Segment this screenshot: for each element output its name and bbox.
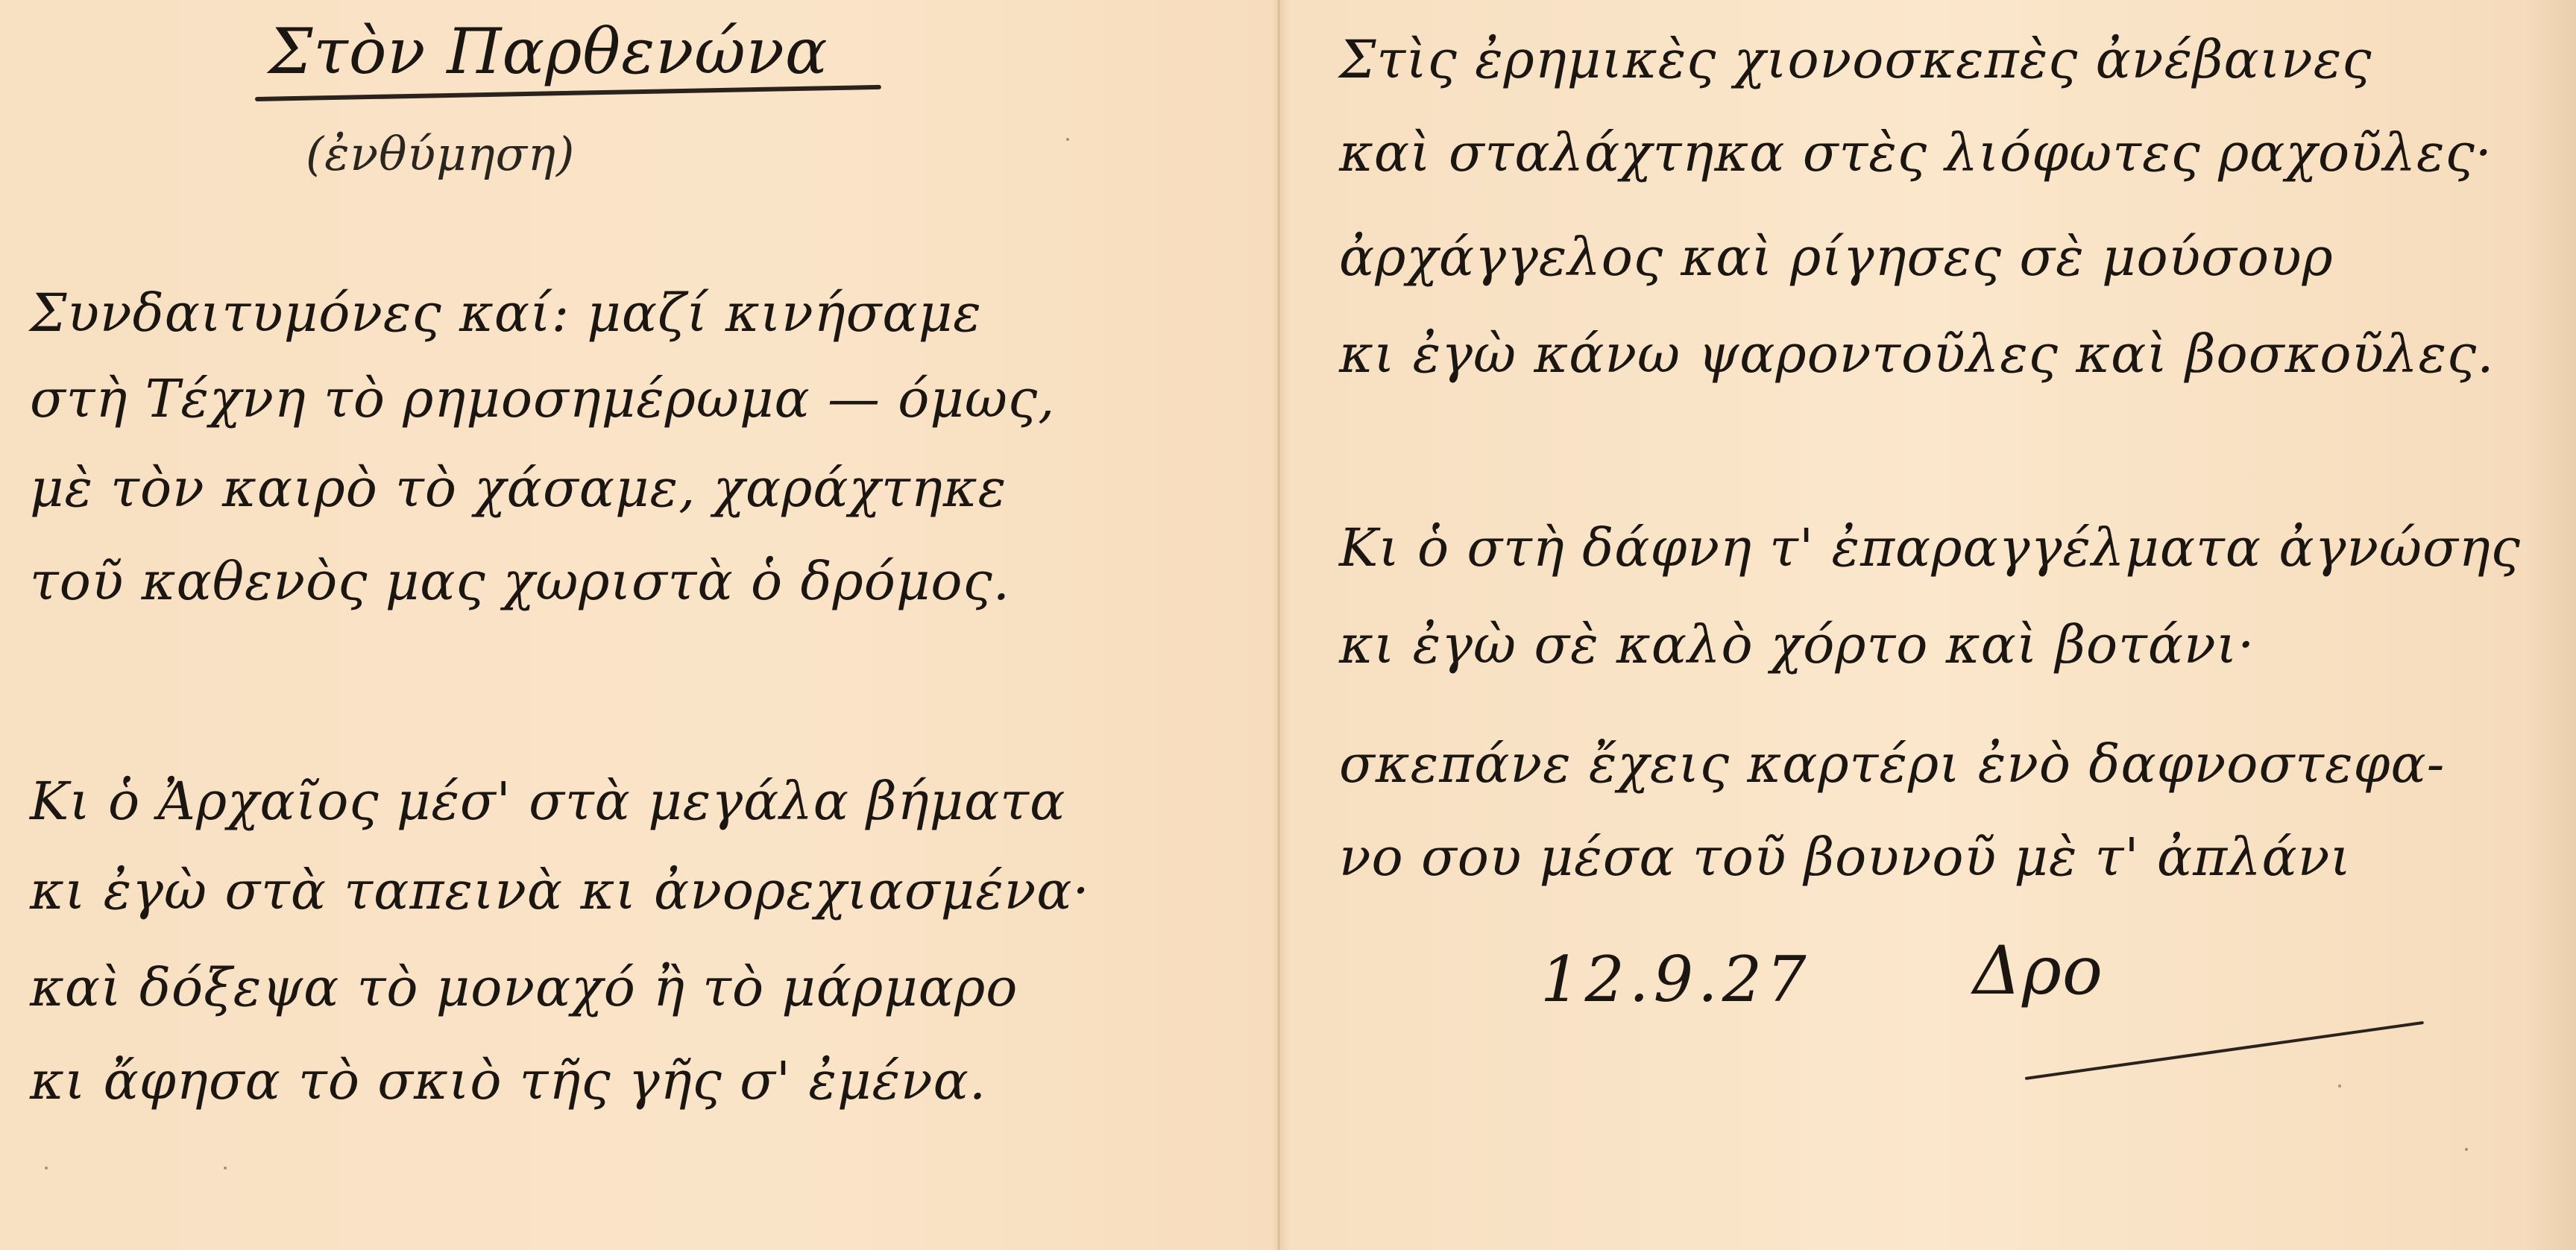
manuscript-spread: Στὸν Παρθενώνα (ἐνθύμηση) Συνδαιτυμόνες … [0, 0, 2576, 1250]
stanza-2-line-2: κι ἐγὼ στὰ ταπεινὰ κι ἀνορεχιασμένα· [30, 865, 1090, 917]
poem-date: 12.9.27 [1540, 943, 1811, 1016]
stanza-4-line-2: κι ἐγὼ σὲ καλὸ χόρτο καὶ βοτάνι· [1339, 619, 2255, 671]
right-page: Στὶς ἐρημικὲς χιονοσκεπὲς ἀνέβαινες καὶ … [1279, 0, 2576, 1250]
author-signature: Δρο [1973, 932, 2103, 1010]
signature-underline [2025, 1021, 2424, 1080]
stanza-1-line-1: Συνδαιτυμόνες καί: μαζί κινήσαμε [30, 287, 982, 339]
stanza-2-line-3: καὶ δόξεψα τὸ μοναχό ἢ τὸ μάρμαρο [30, 962, 1018, 1014]
stanza-2-line-1: Κι ὁ Ἀρχαῖος μέσ' στὰ μεγάλα βήματα [30, 775, 1065, 827]
poem-title: Στὸν Παρθενώνα [268, 15, 828, 88]
stanza-4-line-1: Κι ὁ στὴ δάφνη τ' ἐπαραγγέλματα ἀγνώσης [1339, 522, 2521, 574]
paper-speck [2338, 1085, 2341, 1088]
poem-subtitle: (ἐνθύμηση) [306, 127, 575, 181]
stanza-3-line-3: ἀρχάγγελος καὶ ρίγησες σὲ μούσουρ [1339, 231, 2334, 283]
stanza-4-line-4: νο σου μέσα τοῦ βουνοῦ μὲ τ' ἀπλάνι [1339, 831, 2352, 883]
stanza-1-line-4: τοῦ καθενὸς μας χωριστὰ ὁ δρόμος. [30, 555, 1010, 607]
stanza-1-line-2: στὴ Τέχνη τὸ ρημοσημέρωμα — όμως, [30, 373, 1055, 425]
paper-speck [224, 1167, 227, 1169]
paper-speck [2465, 1148, 2468, 1151]
paper-speck [45, 1167, 48, 1169]
stanza-2-line-4: κι ἄφησα τὸ σκιὸ τῆς γῆς σ' ἐμένα. [30, 1055, 986, 1107]
stanza-4-line-3: σκεπάνε ἔχεις καρτέρι ἐνὸ δαφνοστεφα- [1339, 738, 2445, 790]
stanza-3-line-2: καὶ σταλάχτηκα στὲς λιόφωτες ραχοῦλες· [1339, 127, 2492, 179]
stanza-3-line-1: Στὶς ἐρημικὲς χιονοσκεπὲς ἀνέβαινες [1339, 34, 2372, 86]
stanza-1-line-3: μὲ τὸν καιρὸ τὸ χάσαμε, χαράχτηκε [30, 462, 1007, 514]
paper-speck [1066, 138, 1069, 141]
left-page: Στὸν Παρθενώνα (ἐνθύμηση) Συνδαιτυμόνες … [0, 0, 1279, 1250]
stanza-3-line-4: κι ἐγὼ κάνω ψαροντοῦλες καὶ βοσκοῦλες. [1339, 328, 2494, 380]
